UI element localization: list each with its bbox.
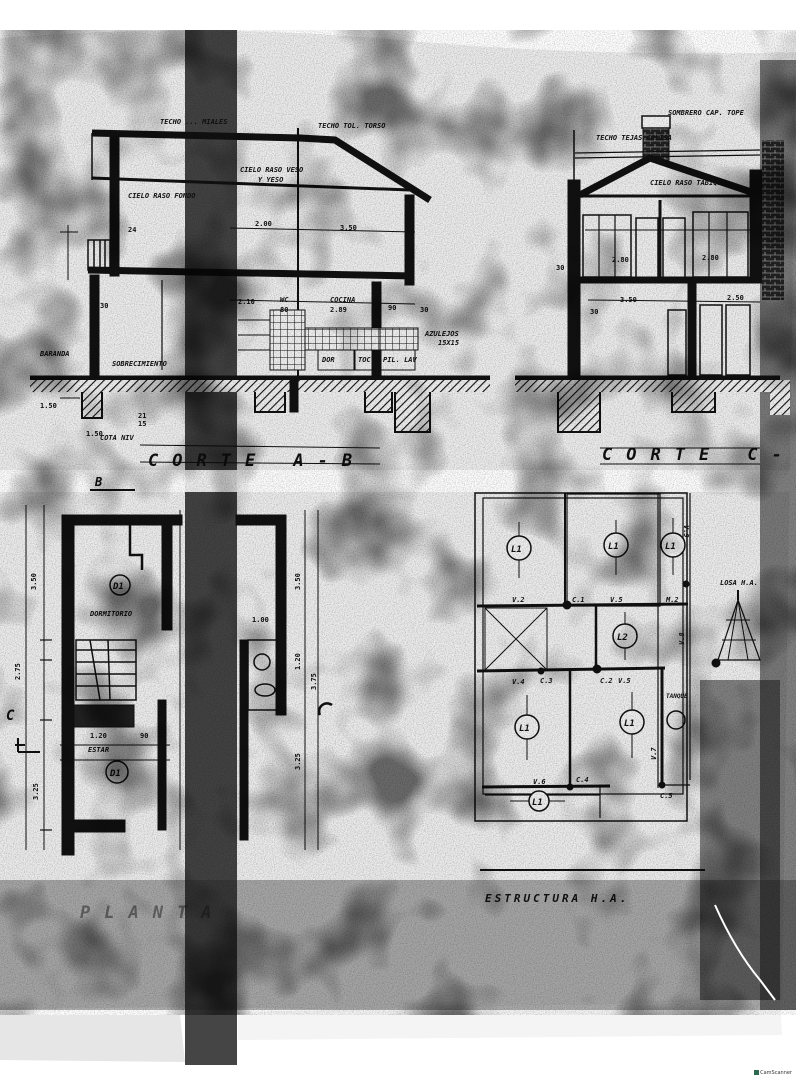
scan-grain: [0, 30, 796, 1015]
blueprint-sheet: TECHO ... MIALES TECHO TOL. TORSO CIELO …: [0, 0, 796, 1080]
camscanner-logo-icon: [754, 1070, 759, 1075]
watermark: CamScanner: [754, 1070, 792, 1076]
watermark-text: CamScanner: [760, 1070, 792, 1076]
blueprint-drawing: TECHO ... MIALES TECHO TOL. TORSO CIELO …: [0, 0, 796, 1080]
